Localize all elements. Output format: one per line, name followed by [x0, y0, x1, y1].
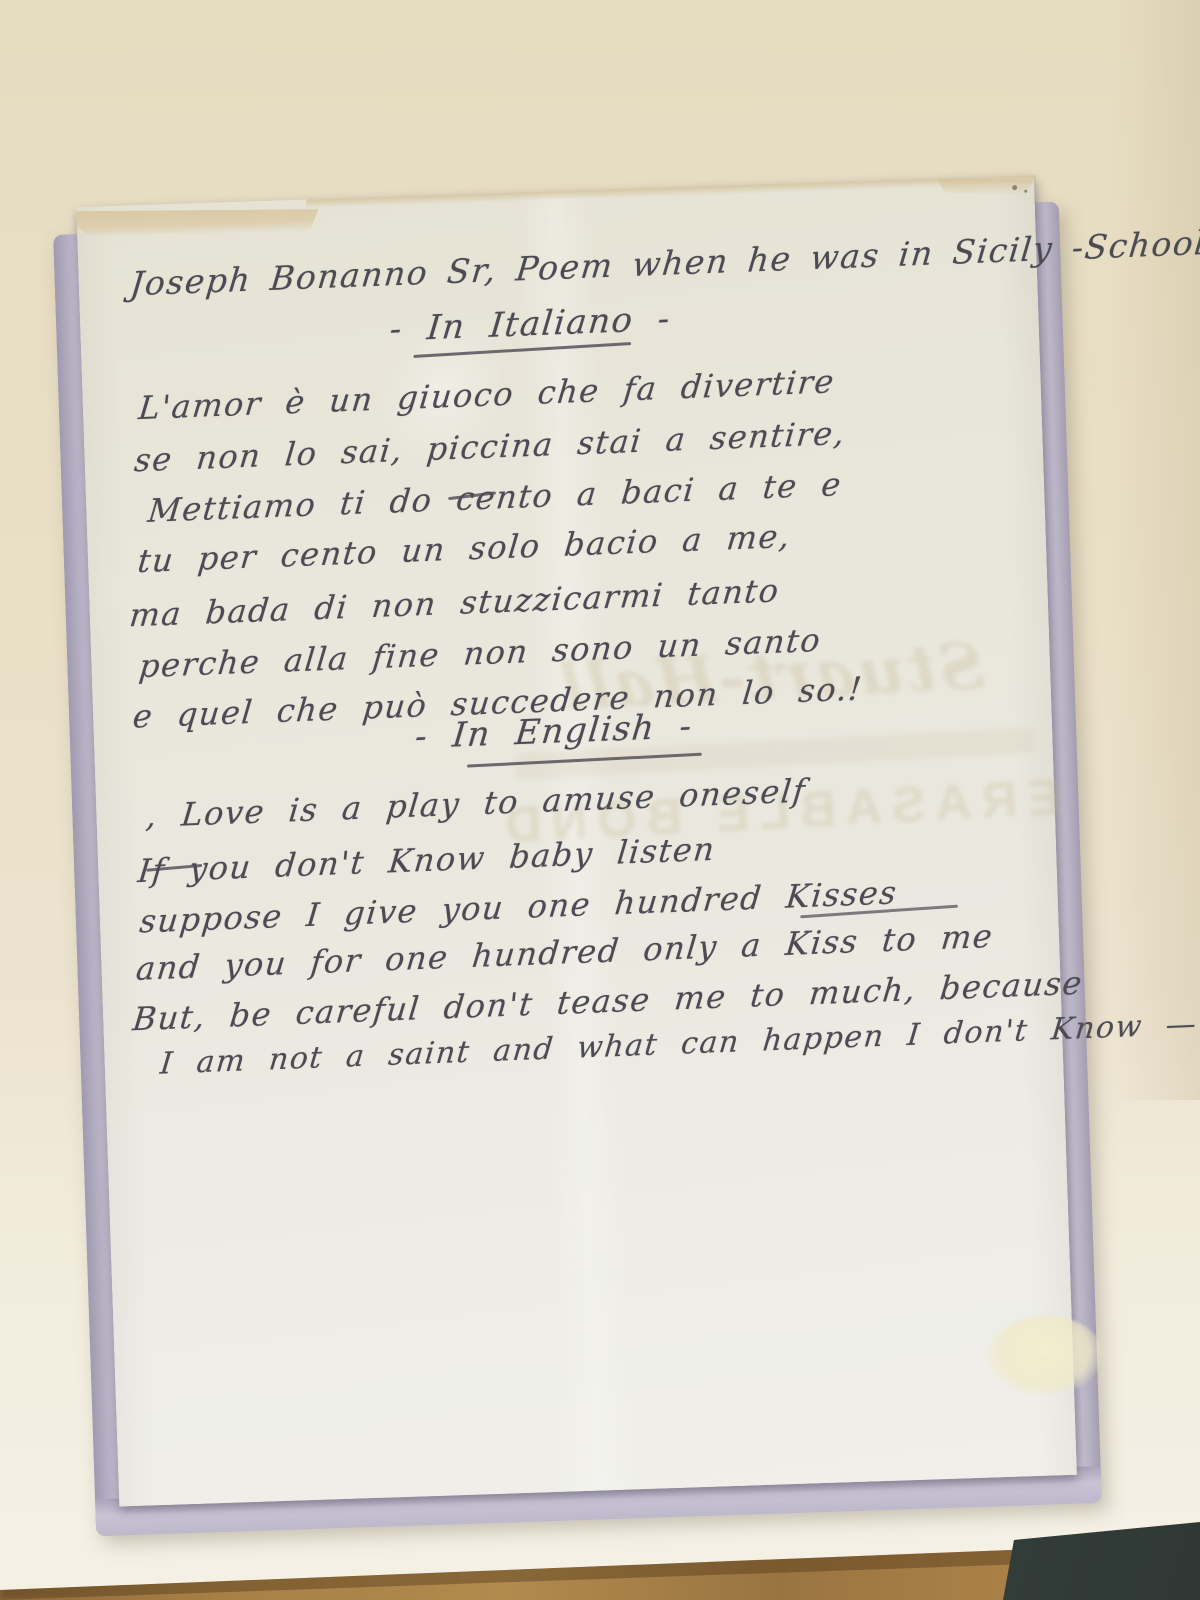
poem-line-italian: ma bada di non stuzzicarmi tanto — [128, 571, 782, 634]
italian-heading: - In Italiano - — [248, 293, 812, 355]
document-group: Stuart-Hall ERASABLE BOND Joseph Bonanno… — [51, 147, 1102, 1550]
english-heading-underline — [467, 753, 702, 768]
manuscript-paper: Stuart-Hall ERASABLE BOND Joseph Bonanno… — [76, 175, 1077, 1506]
tape-residue-top-left — [76, 203, 319, 239]
photo-scene: Stuart-Hall ERASABLE BOND Joseph Bonanno… — [0, 0, 1200, 1600]
tape-residue-top-edge — [306, 175, 1036, 208]
staple-speck — [1024, 190, 1027, 193]
poem-line-english: If you don't Know baby listen — [136, 830, 717, 890]
poem-line-english: , Love is a play to amuse oneself — [144, 772, 808, 835]
wall-shading — [1110, 0, 1200, 1100]
